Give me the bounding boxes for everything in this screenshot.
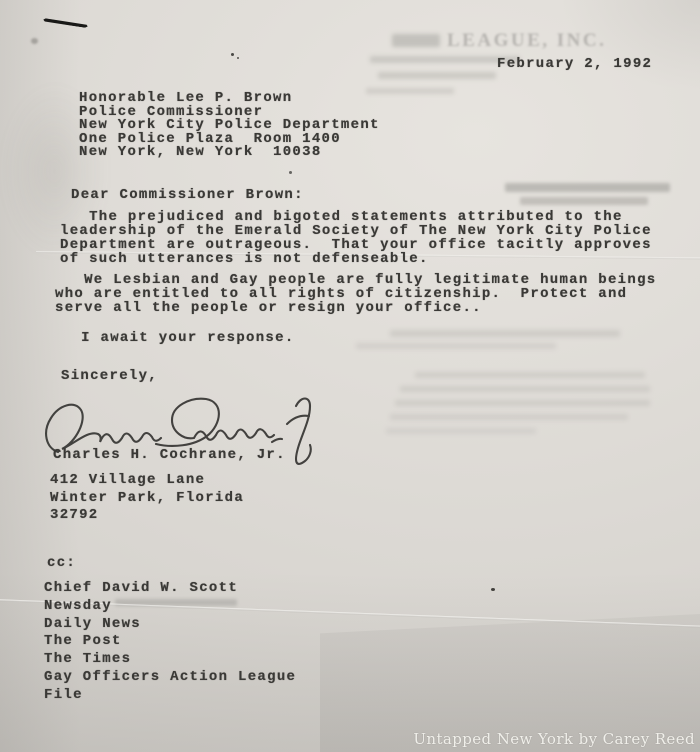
salutation: Dear Commissioner Brown: — [71, 188, 304, 202]
paper-speck — [289, 171, 292, 174]
bleedthrough-line — [390, 330, 620, 337]
bleedthrough-letterhead-text: LEAGUE, INC. — [447, 30, 606, 52]
bleedthrough-line — [378, 72, 496, 79]
bleedthrough-line — [505, 183, 670, 192]
bleedthrough-line — [386, 428, 536, 434]
pen-mark — [43, 18, 88, 28]
bleedthrough-fragment — [392, 34, 440, 47]
cc-list: Chief David W. Scott Newsday Daily News … — [44, 580, 296, 705]
typed-signature-name: Charles H. Cochrane, Jr. — [53, 448, 286, 462]
photo-credit: Untapped New York by Carey Reed — [413, 730, 695, 748]
cc-label: cc: — [47, 556, 76, 570]
paper-speck — [237, 57, 239, 59]
valediction: Sincerely, — [61, 369, 158, 383]
bleedthrough-line — [395, 400, 650, 406]
closing-request: I await your response. — [52, 331, 295, 345]
letter-photo: LEAGUE, INC. February 2, 1992 Honorable … — [0, 0, 700, 752]
bleedthrough-line — [356, 343, 556, 349]
body-paragraph-1: The prejudiced and bigoted statements at… — [60, 210, 652, 266]
paper-speck — [31, 38, 38, 44]
body-paragraph-2: We Lesbian and Gay people are fully legi… — [55, 273, 656, 315]
paper-speck — [231, 53, 234, 56]
bleedthrough-line — [390, 414, 628, 420]
paper-speck — [491, 588, 495, 591]
bleedthrough-line — [415, 372, 645, 378]
sender-address-block: 412 Village Lane Winter Park, Florida 32… — [50, 472, 244, 525]
bleedthrough-line — [520, 197, 648, 205]
letter-date: February 2, 1992 — [497, 57, 652, 71]
bleedthrough-line — [400, 386, 650, 392]
recipient-address-block: Honorable Lee P. Brown Police Commission… — [79, 92, 380, 160]
